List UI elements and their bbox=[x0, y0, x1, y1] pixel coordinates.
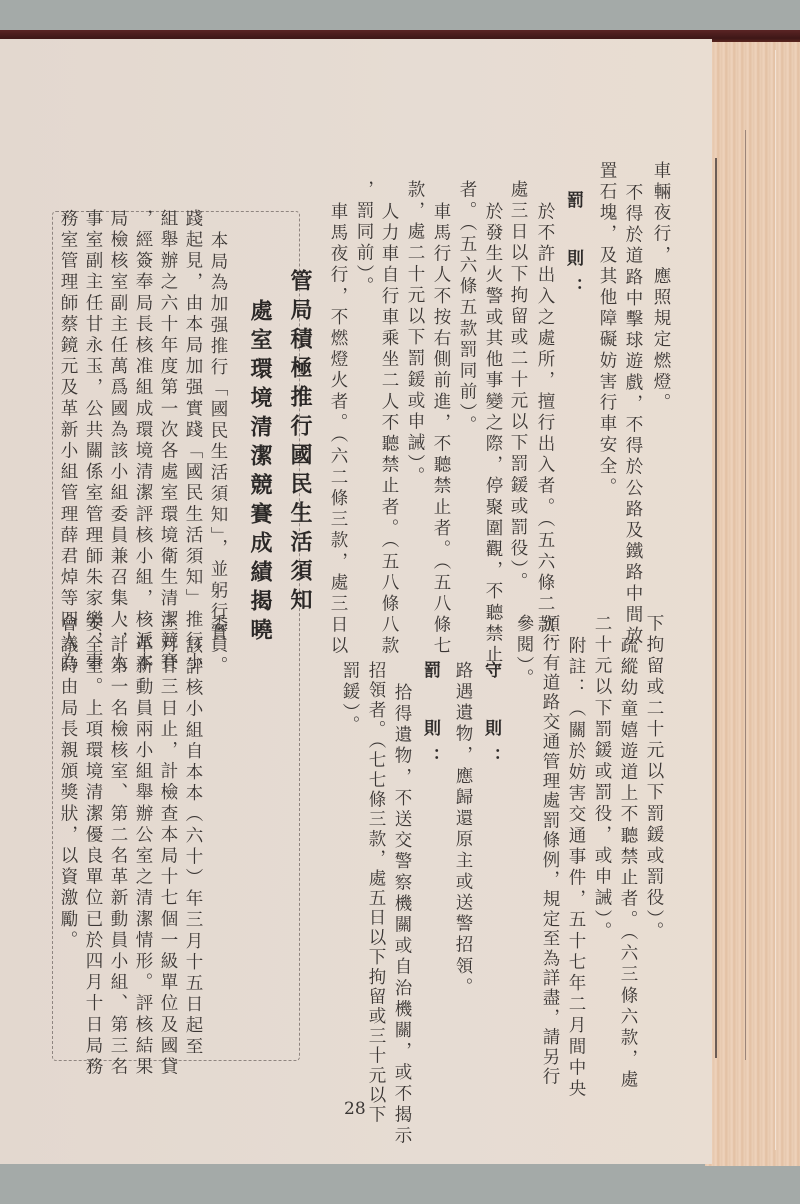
page-edge-line bbox=[745, 130, 746, 1060]
page-edge-line bbox=[715, 158, 717, 1058]
article-paragraph-column: ，計第一名檢核室、第二名革新動員小組、第三名 bbox=[107, 614, 129, 1078]
section-heading-penalty: 罰 則： bbox=[419, 661, 441, 777]
text-column: 於發生火警或其他事變之際，停聚圍觀，不聽禁止 bbox=[482, 202, 504, 666]
text-column: 人力車自行車乘坐二人不聽禁止者。（五八條八款 bbox=[378, 202, 400, 657]
article-paragraph-column: ，革新動員兩小組舉辦公室之清潔情形。評核結果 bbox=[132, 614, 154, 1078]
text-column: 附註：（關於妨害交通事件，五十七年二月間中央 bbox=[565, 636, 587, 1100]
text-column: 置石塊，及其他障礙妨害行車安全。 bbox=[596, 161, 618, 499]
article-paragraph-column: 安全室。上項環境清潔優良單位已於四月十日局務 bbox=[82, 614, 104, 1078]
article-title-line1: 管局積極推行國民生活須知 bbox=[288, 269, 310, 617]
article-paragraph-column: 務室管理師蔡鏡元及革新小組管理薛君焯等四人為 bbox=[57, 209, 79, 673]
article-paragraph-column: 踐起見，由本局加强實踐「國民生活須知」推行小 bbox=[182, 209, 204, 673]
page-number: 28 bbox=[344, 1099, 366, 1119]
text-column: 罰鍰）。 bbox=[339, 661, 361, 737]
article-paragraph-column: 事室副主任甘永玉，公共關係室管理師朱家樂，事 bbox=[82, 209, 104, 673]
article-paragraph-column: 本局為加强推行「國民生活須知」，並躬行實 bbox=[207, 231, 229, 644]
text-column: 者。（五六條五款罰同前）。 bbox=[456, 180, 478, 437]
text-column: 招領者。（七七條三款，處五日以下拘留或三十元以下 bbox=[365, 661, 387, 1125]
text-column: 下拘留或二十元以下罰鍰或罰役）。 bbox=[643, 614, 665, 943]
article-title-line2: 處室環境清潔競賽成績揭曉 bbox=[248, 299, 270, 647]
text-column: 款，處二十元以下罰鍰或申誡）。 bbox=[404, 180, 426, 488]
article-paragraph-column: 會議時由局長親頒獎狀，以資激勵。 bbox=[57, 614, 79, 952]
page-edge-line bbox=[775, 50, 776, 1150]
article-paragraph-column: 委員。 bbox=[207, 614, 229, 677]
text-column: 疏縱幼童嬉遊道上不聽禁止者。（六三條六款，處 bbox=[617, 636, 639, 1091]
text-column: 車輛夜行，應照規定燃燈。 bbox=[650, 161, 672, 414]
page-stack-edge bbox=[705, 42, 800, 1166]
section-heading-penalty: 罰 則： bbox=[562, 191, 584, 307]
article-paragraph-column: ，經簽奉局長核准組成環境清潔評核小組，核派本 bbox=[132, 209, 154, 673]
text-column: ，罰同前）。 bbox=[353, 180, 375, 298]
text-column: 車馬行人不按右側前進，不聽禁止者。（五八條七 bbox=[430, 202, 452, 657]
section-heading-rules: 守 則： bbox=[480, 661, 502, 777]
book-page: 車輛夜行，應照規定燃燈。 不得於道路中擊球遊戲，不得於公路及鐵路中間放 置石塊，… bbox=[0, 39, 712, 1164]
text-column: 路遇遺物，應歸還原主或送警招領。 bbox=[452, 661, 474, 999]
text-column: 參閱）。 bbox=[513, 614, 535, 690]
text-column: 二十元以下罰鍰或罰役，或申誡）。 bbox=[591, 614, 613, 943]
text-column: 頒行有道路交通管理處罰條例，規定至為詳盡，請另行 bbox=[539, 614, 561, 1087]
article-paragraph-column: 組舉辦之六十年度第一次各處室環境衛生清潔競賽 bbox=[157, 209, 179, 673]
article-paragraph-column: 三月廿三日止，計檢查本局十七個一級單位及國貸 bbox=[157, 614, 179, 1078]
text-column: 於不許出入之處所，擅行出入者。（五六條二款， bbox=[534, 202, 556, 657]
text-column: 車馬夜行，不燃燈火者。（六二條三款，處三日以 bbox=[327, 202, 349, 657]
text-column: 處三日以下拘留或二十元以下罰鍰或罰役）。 bbox=[507, 180, 529, 593]
article-paragraph-column: 局檢核室副主任萬爲國為該小組委員兼召集人，人 bbox=[107, 209, 129, 673]
text-column: 拾得遺物，不送交警察機關或自治機關，或不揭示 bbox=[391, 683, 413, 1147]
article-paragraph-column: 該評核小組自本本（六十）年三月十五日起至 bbox=[182, 636, 204, 1058]
text-column: 不得於道路中擊球遊戲，不得於公路及鐵路中間放 bbox=[622, 183, 644, 647]
